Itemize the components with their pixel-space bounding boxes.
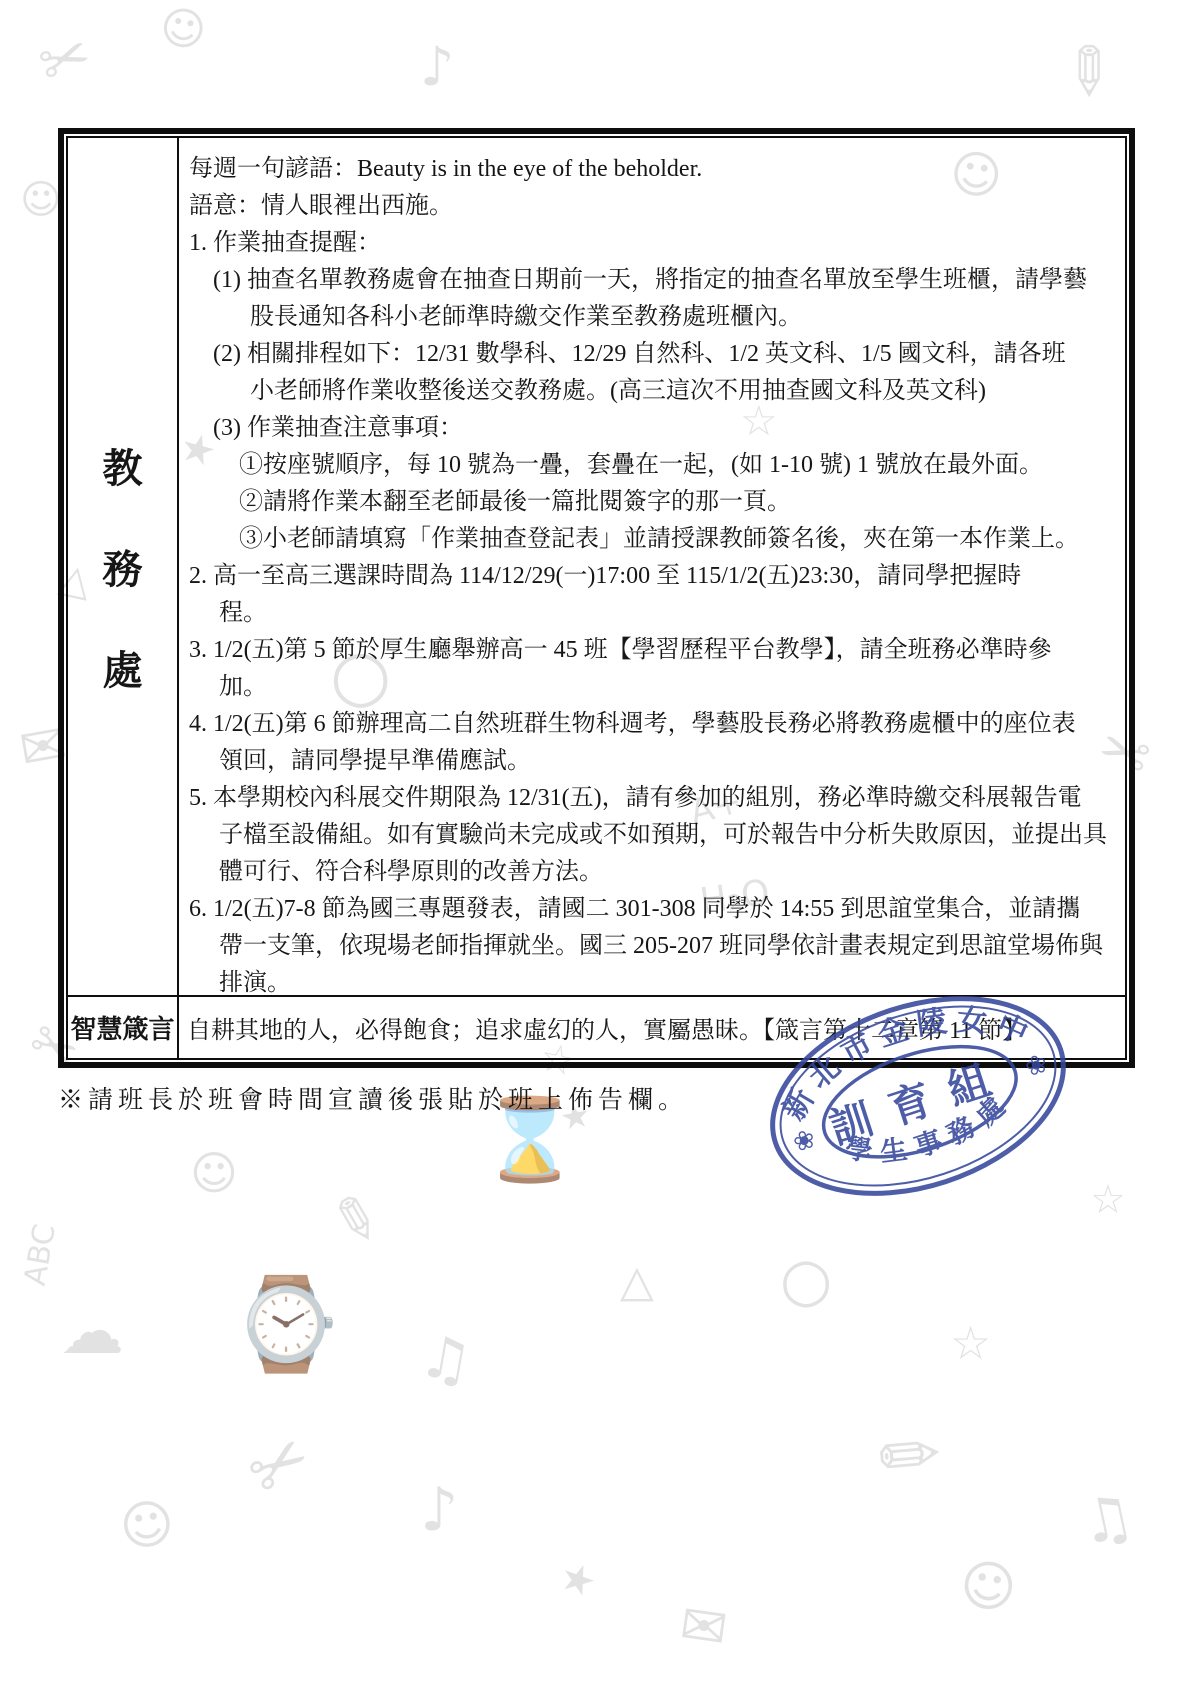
doodle-icon: ☺ (157, 4, 210, 55)
office-label-char: 教 (103, 437, 143, 494)
doodle-icon: ABC (21, 1222, 61, 1288)
approval-stamp: 新北市金陵女中 訓育組 學生事務處 ❀ ❀ (748, 972, 1088, 1218)
doodle-icon: ✏ (317, 1183, 394, 1257)
content-line: (3) 作業抽查注意事項： (213, 410, 1117, 447)
content-line: 語意：情人眼裡出西施。 (189, 188, 1117, 225)
announcement-content: 每週一句諺語：Beauty is in the eye of the behol… (179, 138, 1125, 995)
content-line: 4. 1/2(五)第 6 節辦理高二自然班群生物科週考，學藝股長務必將教務處櫃中… (189, 706, 1117, 743)
content-line: ③小老師請填寫「作業抽查登記表」並請授課教師簽名後，夾在第一本作業上。 (239, 521, 1117, 558)
doodle-icon: ☺ (956, 1556, 1021, 1619)
doodle-icon: △ (620, 1260, 654, 1304)
doodle-icon: ✎ (1045, 30, 1128, 113)
notice-table-inner-border: 教務處 每週一句諺語：Beauty is in the eye of the b… (66, 136, 1127, 1060)
office-label: 教務處 (68, 138, 179, 995)
doodle-icon: ☆ (1090, 1180, 1126, 1220)
doodle-icon: ♪ (420, 1480, 458, 1540)
doodle-icon: ✂ (235, 1420, 323, 1511)
doodle-icon: ♫ (415, 1326, 476, 1392)
doodle-icon: ✎ (863, 1410, 957, 1502)
content-line: 2. 高一至高三選課時間為 114/12/29(一)17:00 至 115/1/… (189, 558, 1117, 595)
content-line: 股長通知各科小老師準時繳交作業至教務處班櫃內。 (250, 299, 1117, 336)
flower-icon: ❀ (1022, 1048, 1052, 1082)
doodle-icon: ☆ (950, 1320, 991, 1366)
content-line: 體可行、符合科學原則的改善方法。 (219, 854, 1117, 891)
content-line: 帶一支筆，依現場老師指揮就坐。國三 205-207 班同學依計畫表規定到思誼堂場… (219, 928, 1117, 965)
doodle-icon: ☁ (60, 1300, 124, 1364)
content-line: 子檔至設備組。如有實驗尚未完成或不如預期，可於報告中分析失敗原因，並提出具 (219, 817, 1117, 854)
content-line: 程。 (219, 595, 1117, 632)
content-line: 領回，請同學提早準備應試。 (219, 743, 1117, 780)
content-line: (1) 抽查名單教務處會在抽查日期前一天，將指定的抽查名單放至學生班櫃，請學藝 (213, 262, 1117, 299)
notice-table: 教務處 每週一句諺語：Beauty is in the eye of the b… (58, 128, 1135, 1068)
office-row: 教務處 每週一句諺語：Beauty is in the eye of the b… (68, 138, 1125, 995)
doodle-icon: ☺ (117, 1496, 178, 1555)
doodle-icon: ○ (780, 1250, 832, 1310)
doodle-icon: ★ (554, 1555, 601, 1605)
content-line: ①按座號順序，每 10 號為一疊，套疊在一起，(如 1-10 號) 1 號放在最… (239, 447, 1117, 484)
doodle-icon: ✂ (31, 23, 99, 97)
doodle-icon: ⌚ (230, 1280, 342, 1370)
doodle-icon: ☺ (20, 180, 62, 220)
flower-icon: ❀ (789, 1124, 819, 1158)
content-line: ②請將作業本翻至老師最後一篇批閱簽字的那一頁。 (239, 484, 1117, 521)
content-line: 1. 作業抽查提醒： (189, 225, 1117, 262)
content-line: 6. 1/2(五)7-8 節為國三專題發表，請國二 301-308 同學於 14… (189, 891, 1117, 928)
office-label-char: 處 (103, 639, 143, 696)
doodle-icon: ✉ (676, 1597, 730, 1659)
doodle-icon: ♪ (420, 40, 454, 94)
doodle-icon: ♫ (1074, 1485, 1139, 1555)
wisdom-label: 智慧箴言 (68, 997, 179, 1058)
office-label-char: 務 (103, 538, 143, 595)
content-line: 加。 (219, 669, 1117, 706)
doodle-icon: ☺ (190, 1150, 238, 1196)
content-line: 3. 1/2(五)第 5 節於厚生廳舉辦高一 45 班【學習歷程平台教學】，請全… (189, 632, 1117, 669)
content-line: 小老師將作業收整後送交教務處。(高三這次不用抽查國文科及英文科) (250, 373, 1117, 410)
content-line: 5. 本學期校內科展交件期限為 12/31(五)，請有參加的組別，務必準時繳交科… (189, 780, 1117, 817)
content-line: (2) 相關排程如下：12/31 數學科、12/29 自然科、1/2 英文科、1… (213, 336, 1117, 373)
footer-note: ※請班長於班會時間宣讀後張貼於班上佈告欄。 (58, 1080, 688, 1116)
content-line: 每週一句諺語：Beauty is in the eye of the behol… (189, 151, 1117, 188)
